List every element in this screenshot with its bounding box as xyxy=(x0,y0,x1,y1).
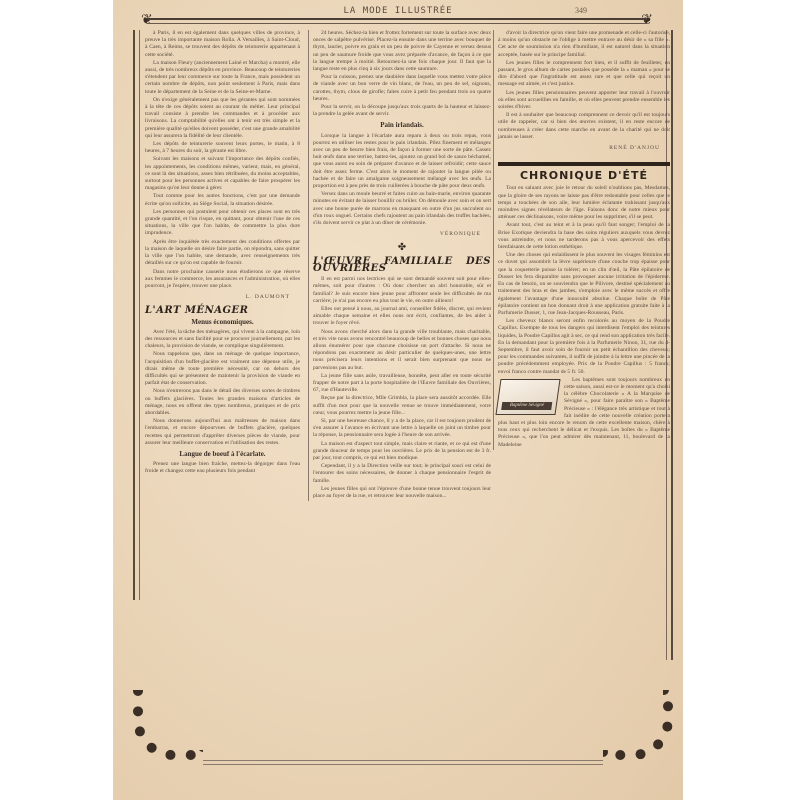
paragraph: Cependant, il y a la Direction veille su… xyxy=(313,463,491,485)
paragraph: Tout comme pour les autres fonctions, c'… xyxy=(145,193,300,207)
menus-economiques-subtitle: Menus économiques. xyxy=(145,319,300,326)
paragraph: Les dépôts de teinturerie souvent leurs … xyxy=(145,141,300,155)
paragraph: Nous n'entrerons pas dans le détail des … xyxy=(145,388,300,417)
oeuvre-continued: d'avoir la directrice qu'on vient faire … xyxy=(498,30,670,141)
bottom-right-chain-ornament-icon xyxy=(603,690,673,760)
paragraph: Une des choses qui enlaidissent le plus … xyxy=(498,252,670,317)
paragraph: Pour la servir, on la découpe jusqu'aux … xyxy=(313,104,491,118)
column-2: 24 heures. Séchez-la bien et frottez for… xyxy=(308,30,491,501)
paragraph: Elles ont pensé à nous, au journal ami, … xyxy=(313,306,491,328)
paragraph: Si, par une heureuse chance, il y a de l… xyxy=(313,418,491,440)
soap-box-illustration: Baptême Sévigné xyxy=(495,379,560,415)
paragraph: à Paris, il en est également dans quelqu… xyxy=(145,30,300,59)
column-1: à Paris, il en est également dans quelqu… xyxy=(145,30,300,476)
paragraph: Nous rappelons que, dans un ménage de qu… xyxy=(145,351,300,387)
column-3: d'avoir la directrice qu'on vient faire … xyxy=(493,30,670,450)
page-number: 349 xyxy=(575,6,587,15)
bottom-rule xyxy=(203,760,603,765)
running-title: LA MODE ILLUSTRÉE xyxy=(113,6,683,16)
paragraph: Lorsque la langue à l'écarlate aura repa… xyxy=(313,133,491,191)
paragraph: Les personnes qui postulent pour obtenir… xyxy=(145,209,300,238)
pain-irlandais-body: Lorsque la langue à l'écarlate aura repa… xyxy=(313,133,491,228)
paragraph: Nous donnerons aujourd'hui aux maîtresse… xyxy=(145,418,300,447)
paragraph: Suivant les maisons et suivant l'importa… xyxy=(145,156,300,192)
paragraph: Pour la cuisson, prenez une daubière dan… xyxy=(313,74,491,103)
langue-de-boeuf-text: Prenez une langue bien fraîche, mettez-l… xyxy=(145,461,300,475)
paragraph: Après être inquiétée très exactement des… xyxy=(145,239,300,268)
fleuron-icon: ✤ xyxy=(313,244,491,251)
paragraph: Les jeunes filles qui ont l'épreuve d'un… xyxy=(313,486,491,500)
paragraph: La maison Fleury (anciennement Lainé et … xyxy=(145,60,300,96)
recipe-continued: 24 heures. Séchez-la bien et frottez for… xyxy=(313,30,491,118)
paragraph: Les cheveux blancs seront enfin recoloré… xyxy=(498,318,670,376)
signature-daumont: L. DAUMONT xyxy=(145,294,290,301)
langue-de-boeuf-title: Langue de boeuf à l'écarlate. xyxy=(145,451,300,458)
bottom-left-chain-ornament-icon xyxy=(133,690,203,760)
paragraph: Tout en saluant avec joie le retour du s… xyxy=(498,185,670,221)
paragraph: On n'exige généralement pas que les géra… xyxy=(145,97,300,140)
paragraph: Reçue par la directrice, Mlle Grimbla, l… xyxy=(313,395,491,417)
signature-veronique: VÉRONIQUE xyxy=(313,231,481,238)
art-menager-body: Avec l'été, la tâche des ménagères, qui … xyxy=(145,329,300,447)
paragraph: Il en est parmi nos lectrices qui se son… xyxy=(313,276,491,305)
oeuvre-familiale-title: L'ŒUVRE FAMILIALE DES OUVRIÈRES xyxy=(313,258,491,272)
oeuvre-familiale-body: Il en est parmi nos lectrices qui se son… xyxy=(313,276,491,500)
paragraph: Avant tout, c'est au teint et à la peau … xyxy=(498,222,670,251)
paragraph: d'avoir la directrice qu'on vient faire … xyxy=(498,30,670,59)
section-divider xyxy=(498,162,670,166)
paragraph: 24 heures. Séchez-la bien et frottez for… xyxy=(313,30,491,73)
art-menager-title: L'ART MÉNAGER xyxy=(145,307,300,314)
paragraph: Il est à souhaiter que beaucoup comprenn… xyxy=(498,112,670,141)
paragraph: Les jeunes filles pensionnaires peuvent … xyxy=(498,90,670,112)
paragraph: La maison est d'aspect tout simple, mais… xyxy=(313,441,491,463)
pain-irlandais-title: Pain irlandais. xyxy=(313,122,491,129)
teinturerie-article: à Paris, il en est également dans quelqu… xyxy=(145,30,300,290)
paragraph: Les jeunes filles le comprennent fort bi… xyxy=(498,60,670,89)
newspaper-page: LA MODE ILLUSTRÉE 349 ❦ ❦ à Paris, il en… xyxy=(113,0,683,800)
paragraph: Avec l'été, la tâche des ménagères, qui … xyxy=(145,329,300,351)
chronique-body: Tout en saluant avec joie le retour du s… xyxy=(498,185,670,448)
chronique-title: CHRONIQUE D'ÉTÉ xyxy=(498,172,670,179)
top-rule xyxy=(147,18,647,24)
paragraph: La jeune fille sans asile, travailleuse,… xyxy=(313,373,491,395)
paragraph: Nous avons cherché alors dans la grande … xyxy=(313,329,491,372)
paragraph: Versez dans un moule beurré et faites cu… xyxy=(313,191,491,227)
paragraph: Dans notre prochaine causerie nous étudi… xyxy=(145,269,300,291)
frame-left-border xyxy=(133,30,140,600)
signature-rene-danjou: RENÉ D'ANJOU xyxy=(498,145,660,152)
soap-box-label: Baptême Sévigné xyxy=(501,402,552,410)
